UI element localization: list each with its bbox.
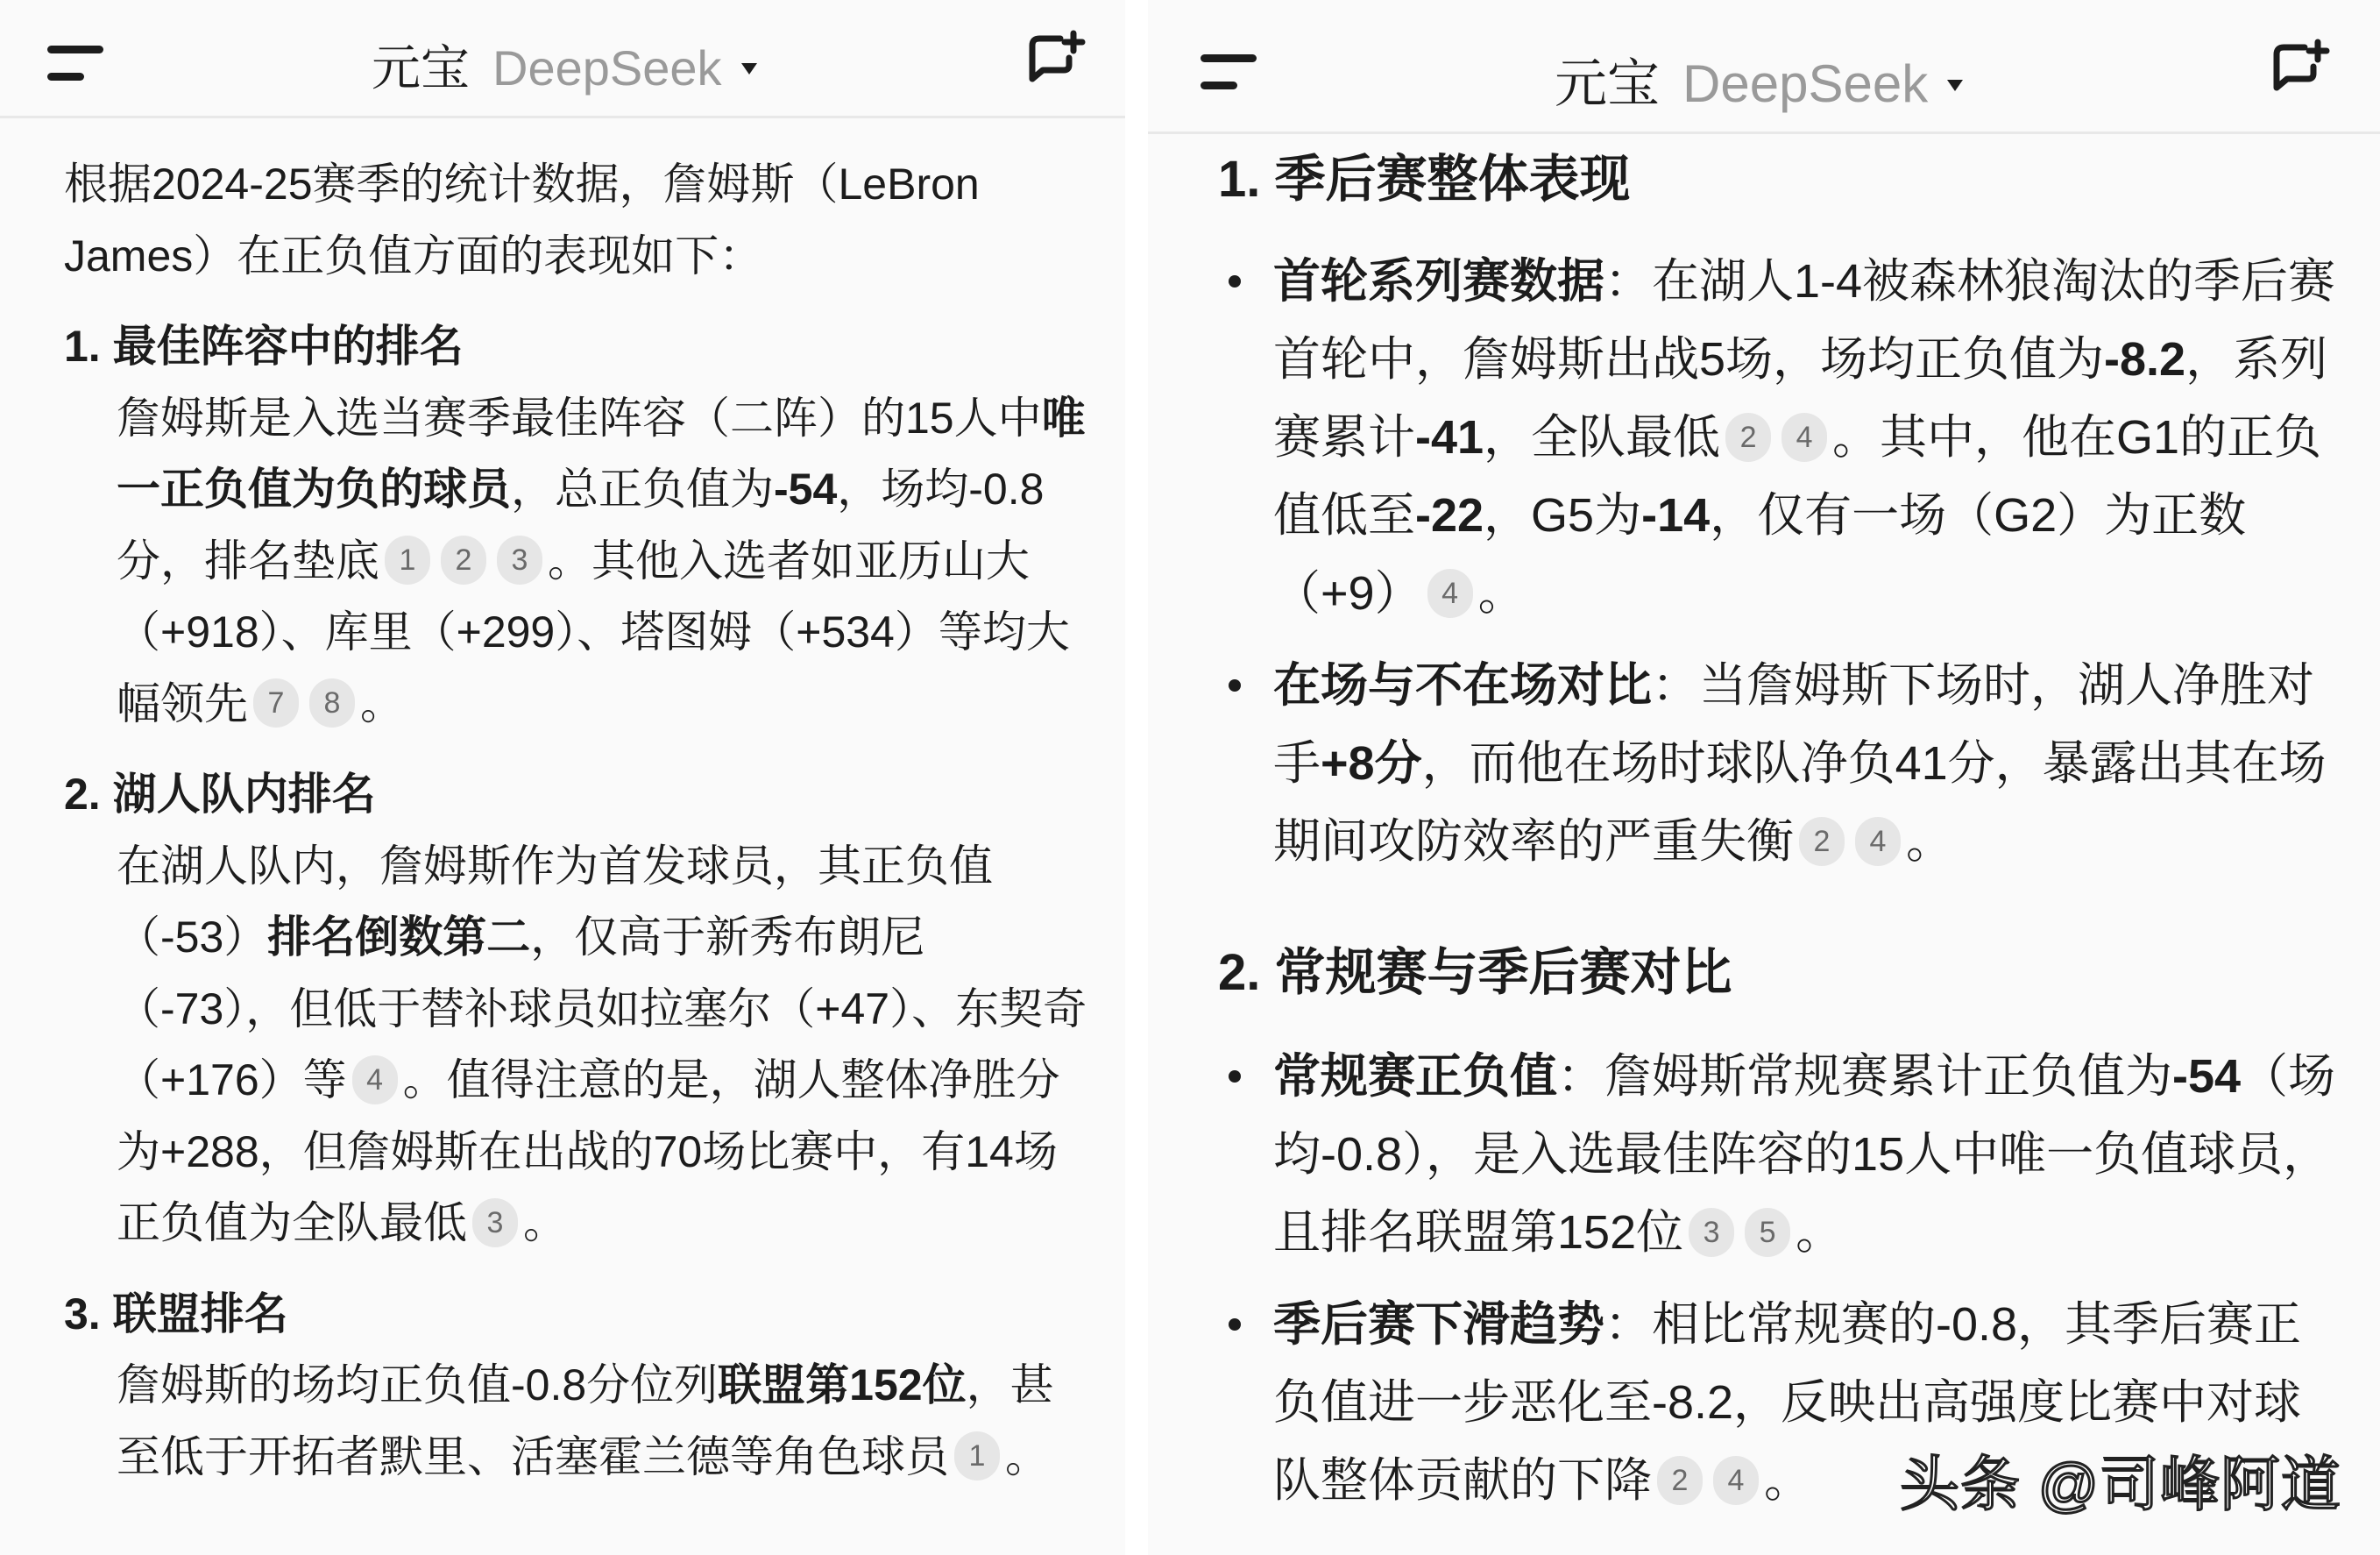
bold-text: -14 <box>1641 489 1710 542</box>
section-heading: 1. 季后赛整体表现 <box>1148 140 2380 218</box>
bullet-text: 首轮系列赛数据：在湖人1-4被森林狼淘汰的季后赛首轮中，詹姆斯出战5场，场均正负… <box>1273 255 2335 620</box>
section-heading: 3. 联盟排名 <box>0 1279 1125 1351</box>
intro-text: 根据2024-25赛季的统计数据，詹姆斯（LeBron James）在正负值方面… <box>0 149 1125 292</box>
top-bar: 元宝 DeepSeek <box>1148 0 2380 134</box>
bold-text: 排名倒数第二 <box>267 912 530 962</box>
citation-badge[interactable]: 4 <box>1855 817 1901 866</box>
bold-text: 首轮系列赛数据 <box>1273 255 1604 308</box>
caret-down-icon[interactable] <box>741 63 757 75</box>
new-chat-icon[interactable] <box>2270 39 2331 100</box>
section-body: 詹姆斯是入选当赛季最佳阵容（二阵）的15人中唯一正负值为负的球员，总正负值为-5… <box>0 383 1125 741</box>
citation-badge[interactable]: 5 <box>1745 1208 1790 1257</box>
bullet-dot <box>1229 1070 1241 1083</box>
citation-badge[interactable]: 3 <box>1689 1208 1734 1257</box>
bold-text: -54 <box>774 465 837 514</box>
model-selector[interactable]: 元宝 DeepSeek <box>372 30 757 100</box>
section-heading: 2. 湖人队内排名 <box>0 759 1125 831</box>
section: 1. 最佳阵容中的排名 詹姆斯是入选当赛季最佳阵容（二阵）的15人中唯一正负值为… <box>0 311 1125 740</box>
message-content: 根据2024-25赛季的统计数据，詹姆斯（LeBron James）在正负值方面… <box>0 149 1125 1493</box>
bullet-text: 常规赛正负值：詹姆斯常规赛累计正负值为-54（场均-0.8），是入选最佳阵容的1… <box>1273 1050 2335 1259</box>
app-brand: 元宝 <box>372 30 470 100</box>
bullet-dot <box>1229 1318 1241 1331</box>
watermark: 头条 @司峰阿道 <box>1900 1438 2341 1523</box>
section-heading: 2. 常规赛与季后赛对比 <box>1148 934 2380 1012</box>
citation-badge[interactable]: 2 <box>1657 1456 1703 1505</box>
caret-down-icon[interactable] <box>1947 80 1963 91</box>
list-item: 在场与不在场对比：当詹姆斯下场时，湖人净胜对手+8分，而他在场时球队净负41分，… <box>1148 647 2380 881</box>
bullet-dot <box>1229 679 1241 692</box>
list-item: 首轮系列赛数据：在湖人1-4被森林狼淘汰的季后赛首轮中，詹姆斯出战5场，场均正负… <box>1148 243 2380 633</box>
message-content: 1. 季后赛整体表现 首轮系列赛数据：在湖人1-4被森林狼淘汰的季后赛首轮中，詹… <box>1148 140 2380 1520</box>
section-body: 在湖人队内，詹姆斯作为首发球员，其正负值（-53）排名倒数第二，仅高于新秀布朗尼… <box>0 831 1125 1260</box>
citation-badge[interactable]: 3 <box>472 1198 518 1247</box>
chat-panel-left: 元宝 DeepSeek 根据2024-25赛季的统计数据，詹姆斯（LeBron … <box>0 0 1125 1555</box>
citation-badge[interactable]: 1 <box>385 536 430 585</box>
bold-text: 唯一正负值为负的球员 <box>117 394 1086 515</box>
section-heading: 1. 最佳阵容中的排名 <box>0 311 1125 383</box>
citation-badge[interactable]: 4 <box>352 1055 398 1104</box>
bold-text: 在场与不在场对比 <box>1273 659 1652 712</box>
chat-panel-right: 元宝 DeepSeek 1. 季后赛整体表现 首轮系列赛数据：在湖人1-4被森林… <box>1148 0 2380 1555</box>
bold-text: +8分 <box>1321 737 1422 790</box>
citation-badge[interactable]: 3 <box>497 536 542 585</box>
bullet-list: 首轮系列赛数据：在湖人1-4被森林狼淘汰的季后赛首轮中，詹姆斯出战5场，场均正负… <box>1148 243 2380 881</box>
bullet-dot <box>1229 275 1241 288</box>
bold-text: 联盟第152位 <box>718 1360 966 1409</box>
section-body: 詹姆斯的场均正负值-0.8分位列联盟第152位，甚至低于开拓者默里、活塞霍兰德等… <box>0 1350 1125 1493</box>
citation-badge[interactable]: 4 <box>1781 413 1827 462</box>
hamburger-icon[interactable] <box>47 46 103 81</box>
top-bar: 元宝 DeepSeek <box>0 0 1125 118</box>
bold-text: -41 <box>1415 411 1484 464</box>
citation-badge[interactable]: 4 <box>1427 569 1473 618</box>
section: 3. 联盟排名 詹姆斯的场均正负值-0.8分位列联盟第152位，甚至低于开拓者默… <box>0 1279 1125 1494</box>
citation-badge[interactable]: 2 <box>1725 413 1771 462</box>
app-brand: 元宝 <box>1555 42 1660 117</box>
citation-badge[interactable]: 7 <box>253 678 299 728</box>
citation-badge[interactable]: 2 <box>1799 817 1845 866</box>
bold-text: 常规赛正负值 <box>1273 1050 1557 1103</box>
citation-badge[interactable]: 4 <box>1713 1456 1759 1505</box>
model-selector[interactable]: 元宝 DeepSeek <box>1555 42 1963 117</box>
citation-badge[interactable]: 8 <box>309 678 355 728</box>
section: 2. 湖人队内排名 在湖人队内，詹姆斯作为首发球员，其正负值（-53）排名倒数第… <box>0 759 1125 1260</box>
new-chat-icon[interactable] <box>1025 30 1087 91</box>
bold-text: -22 <box>1415 489 1484 542</box>
citation-badge[interactable]: 1 <box>954 1431 1000 1480</box>
list-item: 常规赛正负值：詹姆斯常规赛累计正负值为-54（场均-0.8），是入选最佳阵容的1… <box>1148 1038 2380 1272</box>
model-name: DeepSeek <box>1682 53 1928 114</box>
bold-text: 季后赛下滑趋势 <box>1273 1298 1604 1351</box>
bold-text: -54 <box>2172 1050 2241 1103</box>
bold-text: -8.2 <box>2104 333 2185 386</box>
hamburger-icon[interactable] <box>1201 54 1257 89</box>
citation-badge[interactable]: 2 <box>441 536 486 585</box>
model-name: DeepSeek <box>492 39 722 96</box>
bullet-text: 在场与不在场对比：当詹姆斯下场时，湖人净胜对手+8分，而他在场时球队净负41分，… <box>1273 659 2327 868</box>
